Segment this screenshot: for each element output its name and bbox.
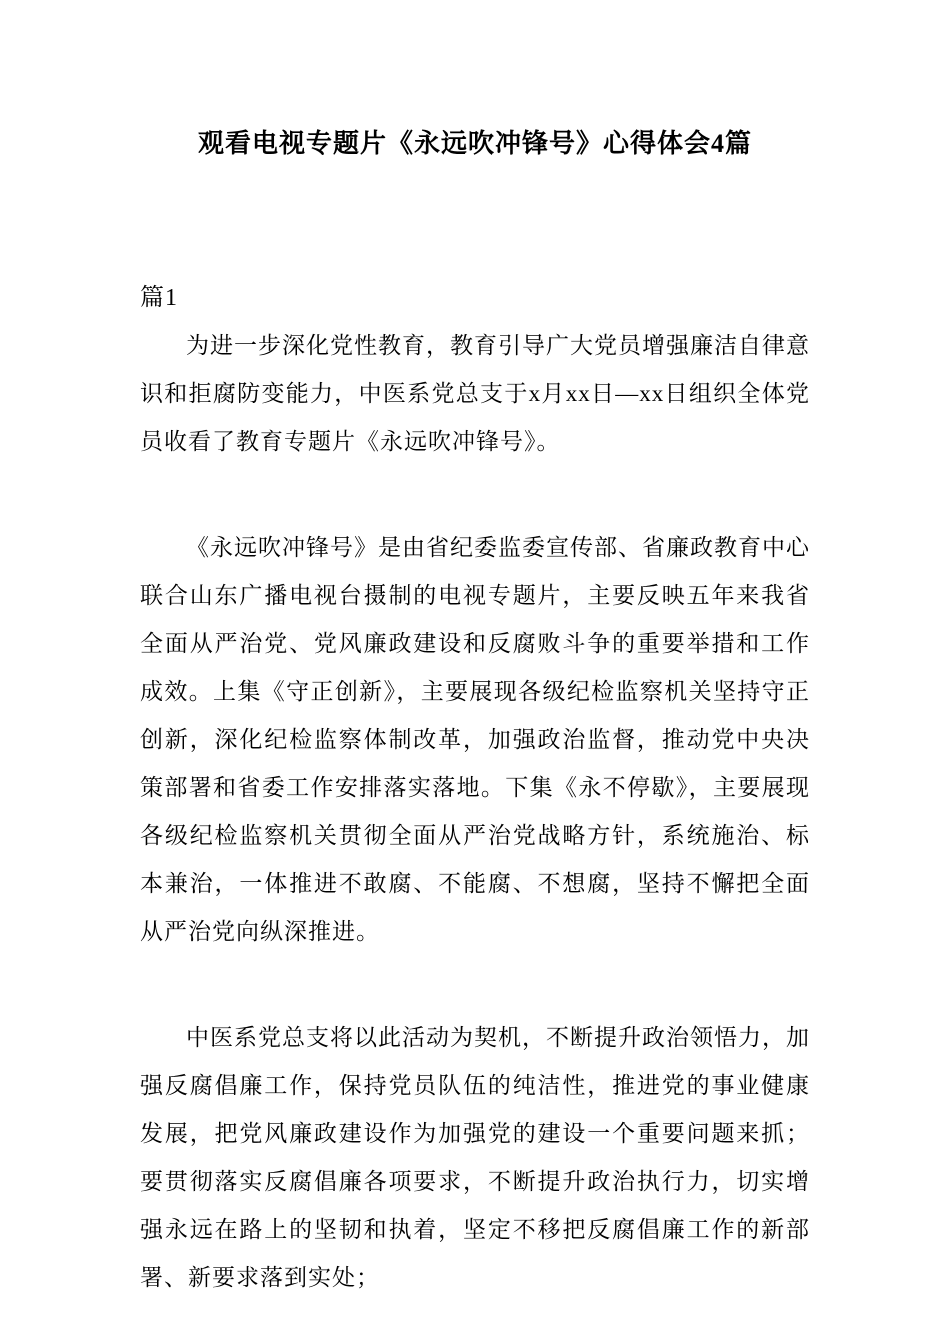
document-body: 篇1 为进一步深化党性教育，教育引导广大党员增强廉洁自律意识和拒腐防变能力，中医… (140, 274, 810, 1302)
body-paragraph-2: 《永远吹冲锋号》是由省纪委监委宣传部、省廉政教育中心联合山东广播电视台摄制的电视… (140, 524, 810, 956)
document-title: 观看电视专题片《永远吹冲锋号》心得体会4篇 (110, 122, 840, 166)
body-paragraph-3: 中医系党总支将以此活动为契机，不断提升政治领悟力，加强反腐倡廉工作，保持党员队伍… (140, 1014, 810, 1302)
body-paragraph-1: 为进一步深化党性教育，教育引导广大党员增强廉洁自律意识和拒腐防变能力，中医系党总… (140, 322, 810, 466)
section-label: 篇1 (140, 274, 810, 322)
document-page: 观看电视专题片《永远吹冲锋号》心得体会4篇 篇1 为进一步深化党性教育，教育引导… (0, 0, 950, 1344)
